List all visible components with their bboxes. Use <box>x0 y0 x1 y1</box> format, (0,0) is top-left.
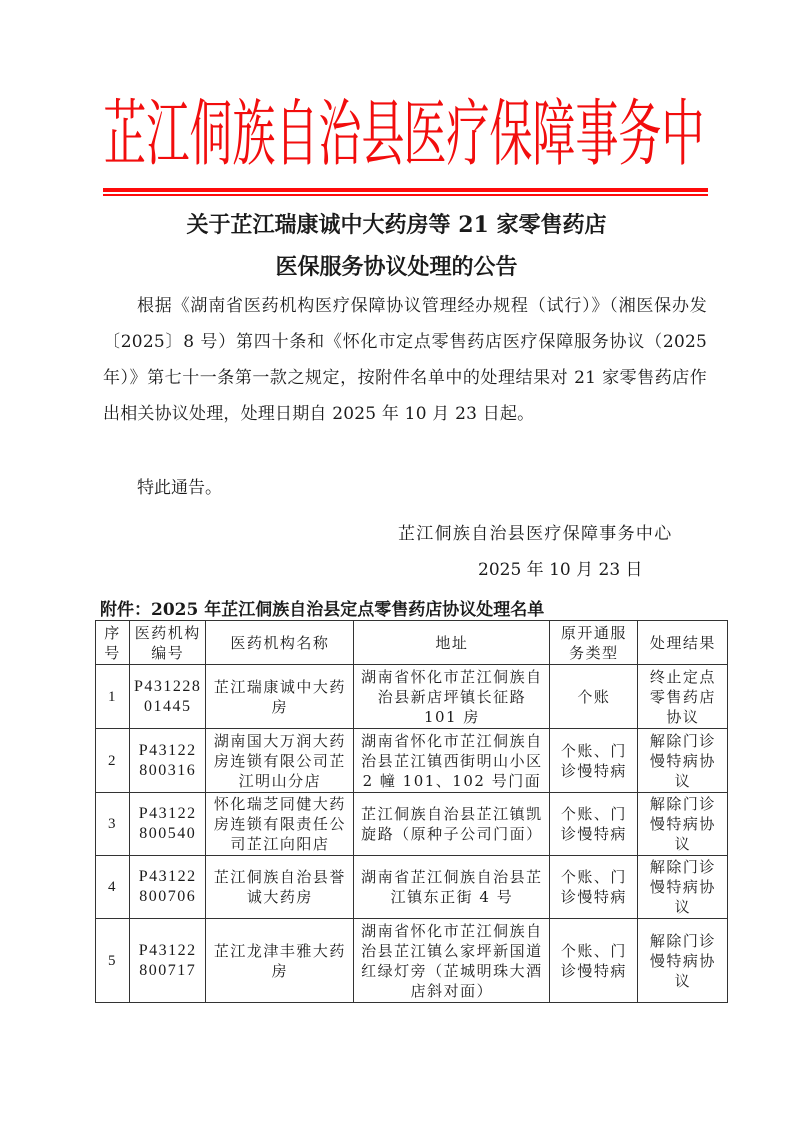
cell-address: 湖南省怀化市芷江侗族自治县新店坪镇长征路 101 房 <box>354 665 550 729</box>
cell-name: 芷江瑞康诚中大药房 <box>206 665 354 729</box>
signature-date: 2025 年 10 月 23 日 <box>478 555 643 580</box>
cell-result: 解除门诊慢特病协议 <box>638 919 728 1003</box>
code-part1: P43122 <box>139 868 197 885</box>
masthead-char: 务 <box>618 100 659 173</box>
cell-result: 解除门诊慢特病协议 <box>638 856 728 919</box>
cell-code: P43122800540 <box>130 793 206 856</box>
cell-address: 芷江侗族自治县芷江镇凯旋路（原种子公司门面） <box>354 793 550 856</box>
cell-name: 湖南国大万润大药房连锁有限公司芷江明山分店 <box>206 729 354 793</box>
masthead-title: 芷 江 侗 族 自 治 县 医 疗 保 障 事 务 中 <box>103 96 703 176</box>
code-part1: P43122 <box>139 942 197 959</box>
code-part2: 800316 <box>139 762 196 779</box>
cell-service: 个账、门诊慢特病 <box>550 729 638 793</box>
table-row: 5 P43122800717 芷江龙津丰雅大药房 湖南省怀化市芷江侗族自治县芷江… <box>96 919 728 1003</box>
masthead-char: 芷 <box>103 100 144 173</box>
table-row: 3 P43122800540 怀化瑞芝同健大药房连锁有限责任公司芷江向阳店 芷江… <box>96 793 728 856</box>
cell-seq: 2 <box>96 729 130 793</box>
masthead-char: 县 <box>361 100 402 173</box>
code-part2: 800540 <box>139 825 196 842</box>
cell-service: 个账 <box>550 665 638 729</box>
cell-name: 芷江龙津丰雅大药房 <box>206 919 354 1003</box>
masthead-char: 江 <box>146 100 187 173</box>
code-part2: 800706 <box>139 888 196 905</box>
header-address: 地址 <box>354 621 550 665</box>
cell-service: 个账、门诊慢特病 <box>550 793 638 856</box>
body-paragraph: 根据《湖南省医药机构医疗保障协议管理经办规程（试行）》（湘医保办发〔2025〕8… <box>103 288 707 432</box>
cell-seq: 3 <box>96 793 130 856</box>
attachment-table: 序号 医药机构编号 医药机构名称 地址 原开通服务类型 处理结果 1 P4312… <box>95 620 728 1003</box>
code-part2: 01445 <box>144 698 192 715</box>
masthead-char: 侗 <box>189 100 230 173</box>
masthead-char: 治 <box>318 100 359 173</box>
cell-seq: 1 <box>96 665 130 729</box>
cell-code: P43122800316 <box>130 729 206 793</box>
header-name: 医药机构名称 <box>206 621 354 665</box>
masthead-char: 障 <box>533 100 574 173</box>
masthead-char: 疗 <box>447 100 488 173</box>
cell-address: 湖南省怀化市芷江侗族自治县芷江镇么家坪新国道红绿灯旁（芷城明珠大酒店斜对面） <box>354 919 550 1003</box>
masthead-char: 医 <box>404 100 445 173</box>
closing-line: 特此通告。 <box>137 470 741 506</box>
header-service: 原开通服务类型 <box>550 621 638 665</box>
red-divider-thin <box>103 194 708 196</box>
header-seq: 序号 <box>96 621 130 665</box>
code-part2: 800717 <box>139 962 196 979</box>
masthead-char: 自 <box>275 100 316 173</box>
masthead-char: 中 <box>661 100 702 173</box>
cell-seq: 4 <box>96 856 130 919</box>
cell-result: 终止定点零售药店协议 <box>638 665 728 729</box>
document-title-line2: 医保服务协议处理的公告 <box>0 250 793 281</box>
masthead-char: 保 <box>490 100 531 173</box>
cell-address: 湖南省怀化市芷江侗族自治县芷江镇西街明山小区 2 幢 101、102 号门面 <box>354 729 550 793</box>
cell-name: 怀化瑞芝同健大药房连锁有限责任公司芷江向阳店 <box>206 793 354 856</box>
code-part1: P43122 <box>139 805 197 822</box>
table-header-row: 序号 医药机构编号 医药机构名称 地址 原开通服务类型 处理结果 <box>96 621 728 665</box>
cell-code: P43122800717 <box>130 919 206 1003</box>
document-title-line1: 关于芷江瑞康诚中大药房等 21 家零售药店 <box>0 208 793 239</box>
cell-seq: 5 <box>96 919 130 1003</box>
masthead-char: 事 <box>576 100 617 173</box>
masthead-char: 族 <box>232 100 273 173</box>
cell-service: 个账、门诊慢特病 <box>550 856 638 919</box>
cell-address: 湖南省芷江侗族自治县芷江镇东正街 4 号 <box>354 856 550 919</box>
cell-result: 解除门诊慢特病协议 <box>638 793 728 856</box>
table-row: 2 P43122800316 湖南国大万润大药房连锁有限公司芷江明山分店 湖南省… <box>96 729 728 793</box>
cell-service: 个账、门诊慢特病 <box>550 919 638 1003</box>
header-code: 医药机构编号 <box>130 621 206 665</box>
table-row: 4 P43122800706 芷江侗族自治县誉诚大药房 湖南省芷江侗族自治县芷江… <box>96 856 728 919</box>
table-row: 1 P43122801445 芷江瑞康诚中大药房 湖南省怀化市芷江侗族自治县新店… <box>96 665 728 729</box>
cell-code: P43122800706 <box>130 856 206 919</box>
code-part1: P431228 <box>134 678 201 695</box>
cell-result: 解除门诊慢特病协议 <box>638 729 728 793</box>
attachment-title: 附件：2025 年芷江侗族自治县定点零售药店协议处理名单 <box>100 595 544 620</box>
cell-name: 芷江侗族自治县誉诚大药房 <box>206 856 354 919</box>
header-result: 处理结果 <box>638 621 728 665</box>
cell-code: P43122801445 <box>130 665 206 729</box>
signature-organization: 芷江侗族自治县医疗保障事务中心 <box>398 519 673 544</box>
code-part1: P43122 <box>139 742 197 759</box>
red-divider-thick <box>103 188 708 192</box>
